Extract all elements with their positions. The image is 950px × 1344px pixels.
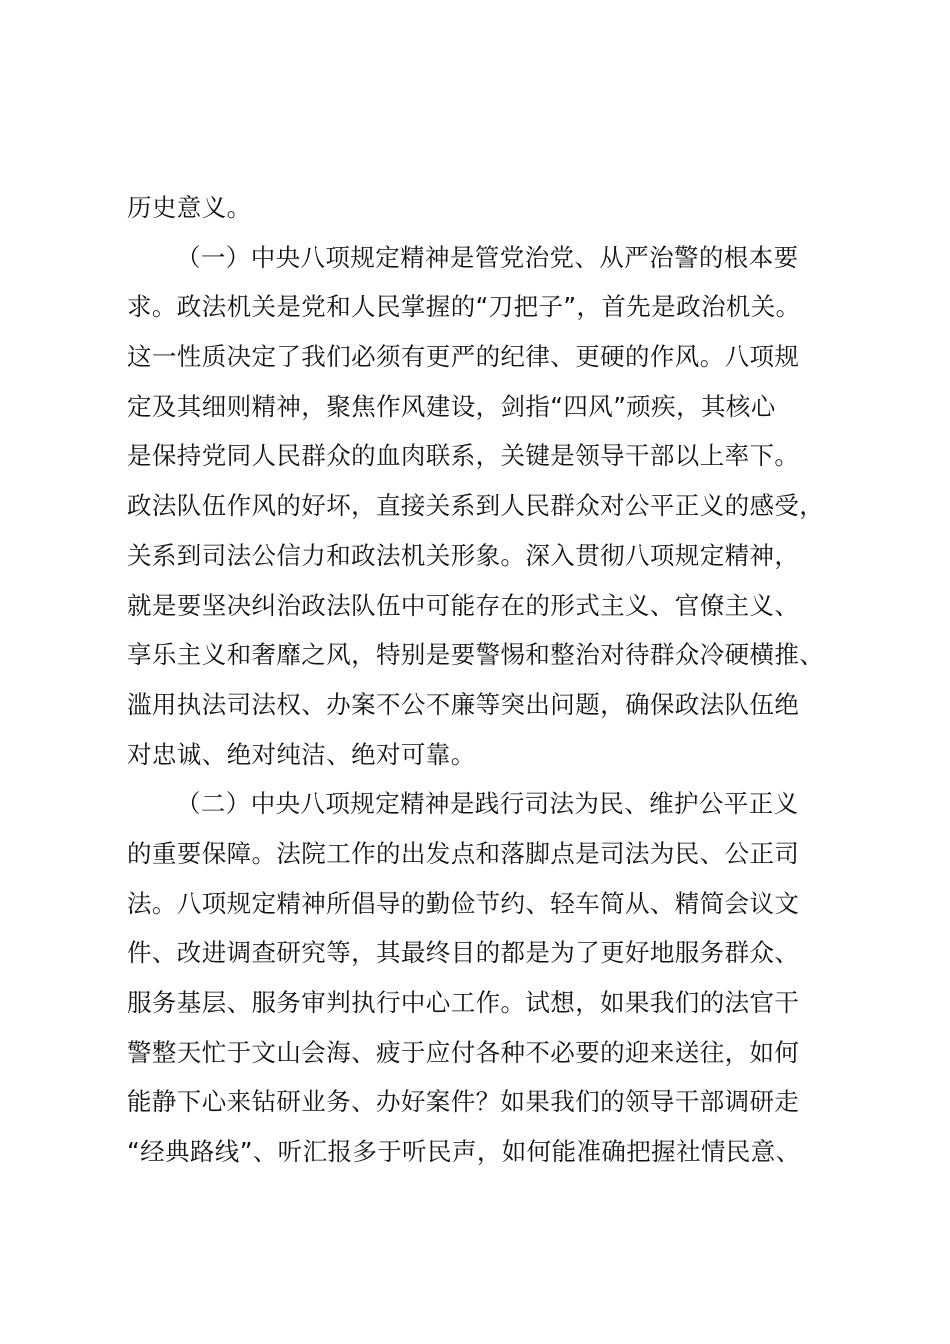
text-line: 享乐主义和奢靡之风，特别是要警惕和整治对待群众冷硬横推、 [127, 630, 857, 680]
text-line: 服务基层、服务审判执行中心工作。试想，如果我们的法官干 [127, 978, 857, 1028]
text-line: 关系到司法公信力和政法机关形象。深入贯彻八项规定精神， [127, 531, 857, 581]
text-line: 这一性质决定了我们必须有更严的纪律、更硬的作风。八项规 [127, 332, 857, 382]
text-line: 的重要保障。法院工作的出发点和落脚点是司法为民、公正司 [127, 829, 857, 879]
text-line: 求。政法机关是党和人民掌握的“刀把子”，首先是政治机关。 [127, 282, 857, 332]
text-line: 历史意义。 [127, 183, 857, 233]
text-line: 就是要坚决纠治政法队伍中可能存在的形式主义、官僚主义、 [127, 581, 857, 631]
document-body: 历史意义。 （一）中央八项规定精神是管党治党、从严治警的根本要 求。政法机关是党… [127, 183, 857, 1177]
text-line: 法。八项规定精神所倡导的勤俭节约、轻车简从、精简会议文 [127, 879, 857, 929]
text-line: 滥用执法司法权、办案不公不廉等突出问题，确保政法队伍绝 [127, 680, 857, 730]
text-line: 能静下心来钻研业务、办好案件？如果我们的领导干部调研走 [127, 1077, 857, 1127]
section-heading-line: （一）中央八项规定精神是管党治党、从严治警的根本要 [127, 233, 857, 283]
text-line: 是保持党同人民群众的血肉联系，关键是领导干部以上率下。 [127, 431, 857, 481]
text-line: 警整天忙于文山会海、疲于应付各种不必要的迎来送往，如何 [127, 1028, 857, 1078]
section-heading-line: （二）中央八项规定精神是践行司法为民、维护公平正义 [127, 779, 857, 829]
document-page: 历史意义。 （一）中央八项规定精神是管党治党、从严治警的根本要 求。政法机关是党… [0, 0, 950, 1344]
text-line: 定及其细则精神，聚焦作风建设，剑指“四风”顽疾，其核心 [127, 382, 857, 432]
text-line: 对忠诚、绝对纯洁、绝对可靠。 [127, 730, 857, 780]
text-line: “经典路线”、听汇报多于听民声，如何能准确把握社情民意、 [127, 1127, 857, 1177]
text-line: 政法队伍作风的好坏，直接关系到人民群众对公平正义的感受， [127, 481, 857, 531]
text-line: 件、改进调查研究等，其最终目的都是为了更好地服务群众、 [127, 928, 857, 978]
